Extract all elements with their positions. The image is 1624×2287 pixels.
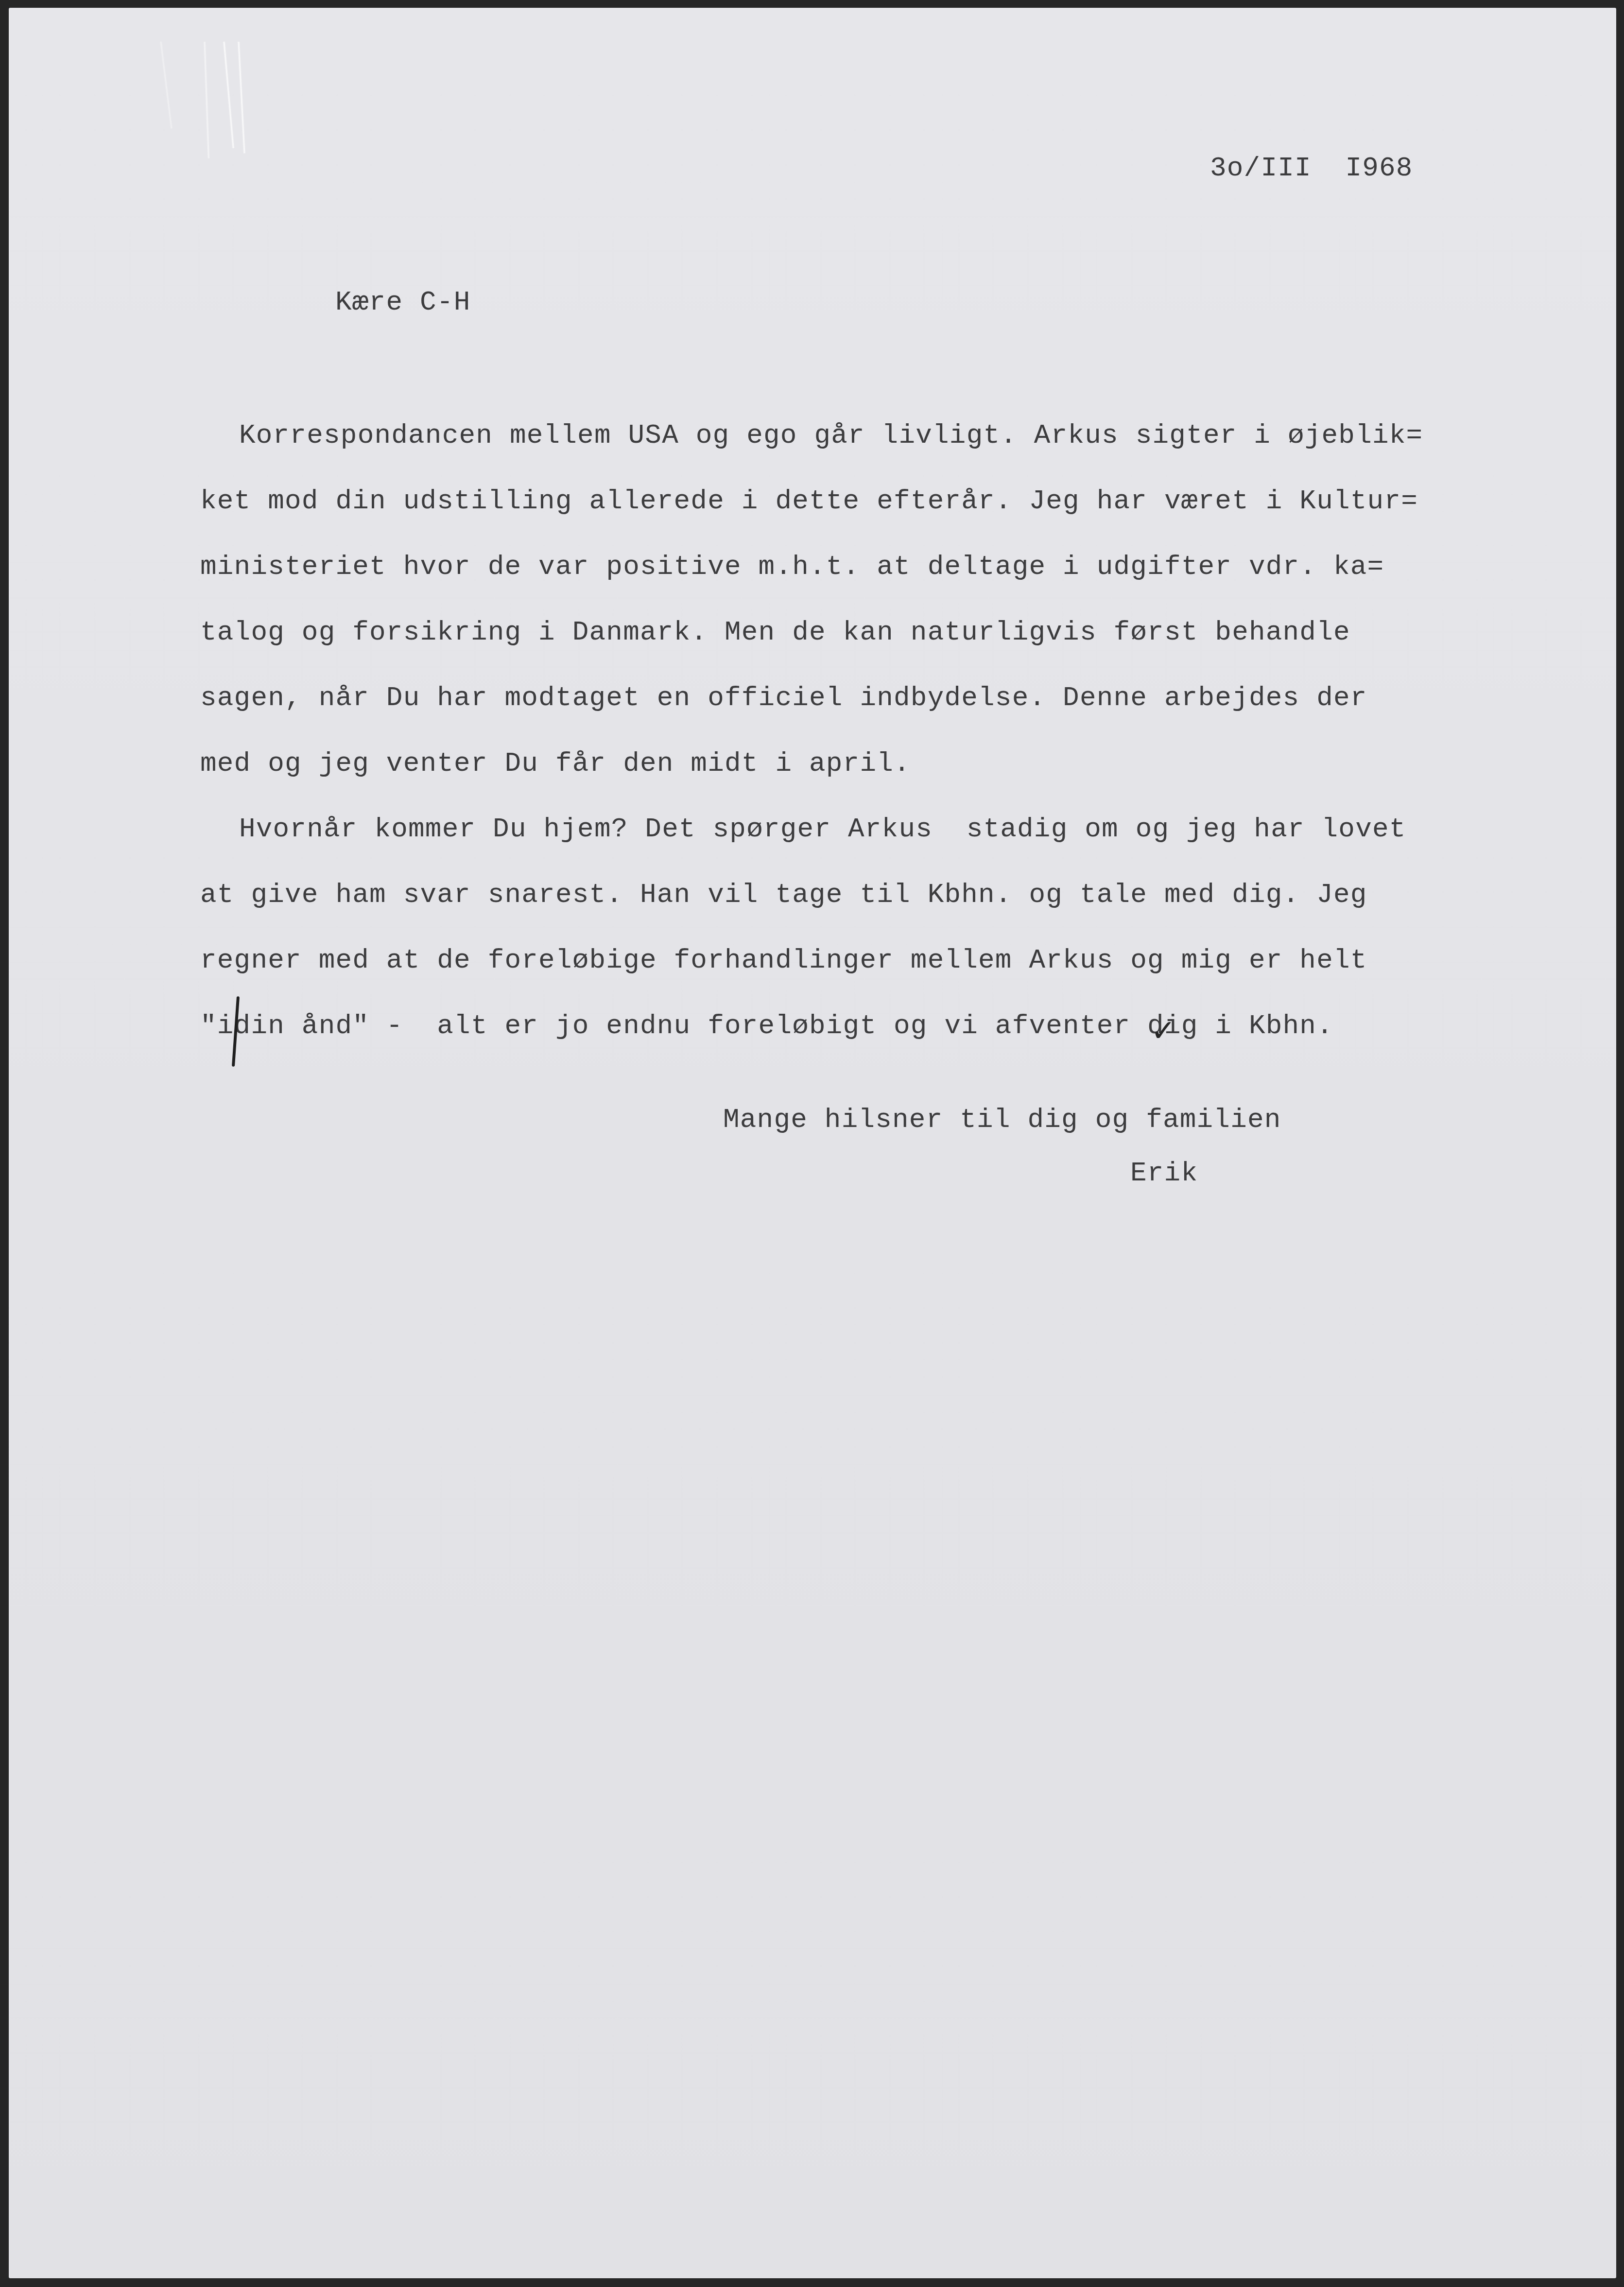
signature: Erik: [1130, 1160, 1198, 1187]
body-line: regner med at de foreløbige forhandlinge…: [200, 947, 1367, 974]
letter-date: 3o/III I968: [1210, 155, 1413, 182]
salutation: Kære C-H: [335, 289, 470, 316]
body-line: talog og forsikring i Danmark. Men de ka…: [200, 619, 1350, 646]
paper-crease: [203, 42, 210, 158]
paper-crease: [223, 41, 235, 148]
paper-crease: [237, 42, 246, 154]
body-line: at give ham svar snarest. Han vil tage t…: [200, 881, 1367, 908]
body-line: Hvornår kommer Du hjem? Det spørger Arku…: [239, 815, 1406, 843]
body-line: sagen, når Du har modtaget en officiel i…: [200, 684, 1367, 711]
letter-page: [9, 8, 1616, 2278]
paper-crease: [159, 41, 173, 128]
body-line: Korrespondancen mellem USA og ego går li…: [239, 422, 1423, 449]
body-line: med og jeg venter Du får den midt i apri…: [200, 750, 911, 777]
closing-line: Mange hilsner til dig og familien: [723, 1106, 1281, 1133]
body-line: ministeriet hvor de var positive m.h.t. …: [200, 553, 1384, 580]
handwritten-check-mark: ✓: [1151, 1016, 1176, 1046]
body-line: ket mod din udstilling allerede i dette …: [200, 487, 1418, 515]
